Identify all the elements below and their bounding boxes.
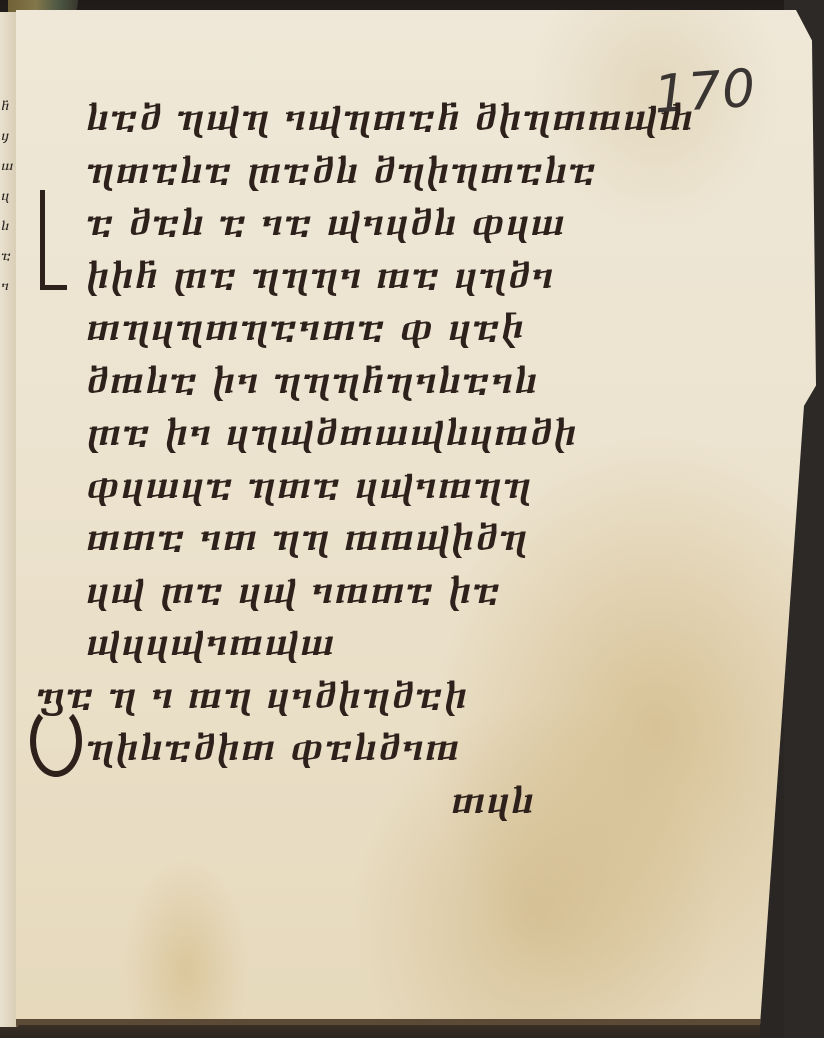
facing-page-edge: ⴌⴘⴍⴗⴑⴀⴈ [0, 12, 18, 1027]
text-line: ⴀ ⴋⴀⴑ ⴀ ⴈⴀ ⴓⴈⴗⴋⴑ ⴔⴗⴍ [86, 197, 646, 250]
text-line: ⴔⴗⴍⴗⴀ ⴄⴇⴀ ⴗⴓⴈⴊⴄⴄ [86, 460, 646, 513]
text-line: ⴇⴄⴗⴄⴇⴄⴀⴈⴇⴀ ⴔ ⴗⴀⴡ [86, 302, 646, 355]
text-line: ⴗⴓ ⴜⴀ ⴗⴓ ⴈⴊⴇⴀ ⴙⴀ [86, 565, 646, 618]
text-line: ⴓⴗⴗⴓⴈⴊⴓⴍ [86, 617, 646, 670]
text-line: ⴇⴗⴑ [86, 775, 646, 828]
manuscript-text-block: ⴑⴀⴋ ⴄⴓⴄ ⴈⴓⴄⴇⴀⴌ ⴋⴙⴄⴇⴊⴓⴐ ⴄⴇⴀⴑⴀ ⴜⴀⴋⴑ ⴋⴄⴙⴄⴇⴀ… [86, 92, 646, 827]
text-line: ⴇⴇⴀ ⴈⴇ ⴄⴄ ⴊⴊⴓⴙⴋⴄ [86, 512, 646, 565]
text-line: ⴋⴊⴑⴀ ⴙⴈ ⴄⴄⴄⴌⴄⴈⴑⴀⴈⴑ [86, 355, 646, 408]
decorative-initial-bracket [40, 190, 67, 290]
text-line: ⴙⴙⴌ ⴜⴀ ⴄⴄⴄⴈ ⴊⴀ ⴗⴄⴋⴈ [86, 250, 646, 303]
text-line: ⴑⴀⴋ ⴄⴓⴄ ⴈⴓⴄⴇⴀⴌ ⴋⴙⴄⴇⴊⴓⴐ [86, 92, 646, 145]
text-line: ⴄⴇⴀⴑⴀ ⴜⴀⴋⴑ ⴋⴄⴙⴄⴇⴀⴑⴀ [86, 145, 646, 198]
facing-page-text: ⴌⴘⴍⴗⴑⴀⴈ [1, 92, 15, 302]
text-line: ⴂⴀ ⴄ ⴈ ⴊⴄ ⴗⴈⴋⴙⴄⴋⴀⴙ [36, 670, 646, 723]
text-line: ⴄⴙⴑⴀⴋⴙⴇ ⴔⴀⴑⴋⴈⴊ [86, 722, 646, 775]
text-line: ⴜⴀ ⴙⴈ ⴗⴄⴓⴋⴇⴍⴓⴑⴗⴊⴋⴙ [86, 407, 646, 460]
